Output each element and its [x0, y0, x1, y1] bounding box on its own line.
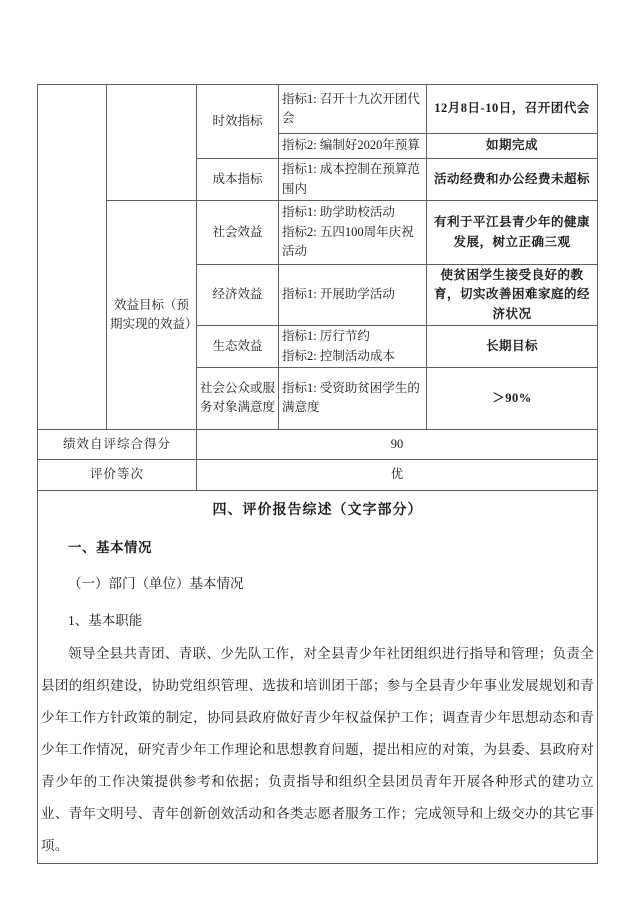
table-row: 四、评价报告综述（文字部分） 一、基本情况 （一）部门（单位）基本情况 1、基本…	[38, 490, 598, 863]
indicator-desc-cell: 指标1: 开展助学活动	[279, 265, 427, 326]
report-subsection-title: （一）部门（单位）基本情况	[41, 574, 594, 595]
left-spanner-cell	[38, 85, 107, 430]
benefit-group-label-cell: 效益目标（预期实现的效益）	[107, 201, 197, 430]
indicator-result-cell: 12月8日-10日，召开团代会	[427, 85, 598, 134]
indicator-desc-line: 指标1: 召开十九次开团代会	[282, 90, 423, 129]
indicator-category-cell: 成本指标	[197, 159, 279, 201]
table-row: 绩效自评综合得分 90	[38, 429, 598, 459]
grade-label-cell: 评价等次	[38, 459, 197, 490]
table-row: 效益目标（预期实现的效益） 社会效益 指标1: 助学助校活动 指标2: 五四10…	[38, 201, 598, 265]
indicator-desc-cell: 指标1: 成本控制在预算范围内	[279, 159, 427, 201]
indicator-desc-line: 指标1: 开展助学活动	[282, 285, 423, 304]
indicator-category-cell: 时效指标	[197, 85, 279, 159]
report-section-title: 一、基本情况	[41, 538, 594, 559]
indicator-desc-cell: 指标1: 厉行节约 指标2: 控制活动成本	[279, 326, 427, 368]
grade-value-cell: 优	[197, 459, 598, 490]
indicator-desc-line: 指标1: 成本控制在预算范围内	[282, 160, 423, 199]
indicator-desc-cell: 指标1: 召开十九次开团代会	[279, 85, 427, 134]
indicator-result-cell: ＞90%	[427, 367, 598, 429]
document-page: { "colors": { "page_background": "#fffff…	[0, 0, 634, 898]
indicator-desc-line: 指标1: 受资助贫困学生的满意度	[282, 379, 423, 418]
table-row: 时效指标 指标1: 召开十九次开团代会 12月8日-10日，召开团代会	[38, 85, 598, 134]
indicator-category-cell: 社会公众或服务对象满意度	[197, 367, 279, 429]
report-subitem-title: 1、基本职能	[41, 611, 594, 632]
indicator-category-cell: 生态效益	[197, 326, 279, 368]
table-row: 评价等次 优	[38, 459, 598, 490]
self-score-value-cell: 90	[197, 429, 598, 459]
indicator-result-cell: 如期完成	[427, 134, 598, 159]
upper-group-empty-cell	[107, 85, 197, 201]
indicator-result-cell: 使贫困学生接受良好的教育，切实改善困难家庭的经济状况	[427, 265, 598, 326]
indicator-result-cell: 有利于平江县青少年的健康发展，树立正确三观	[427, 201, 598, 265]
indicator-desc-cell: 指标1: 受资助贫困学生的满意度	[279, 367, 427, 429]
indicator-result-cell: 活动经费和办公经费未超标	[427, 159, 598, 201]
indicator-category-cell: 经济效益	[197, 265, 279, 326]
indicator-desc-line: 指标2: 编制好2020年预算	[282, 136, 423, 155]
indicator-desc-cell: 指标1: 助学助校活动 指标2: 五四100周年庆祝活动	[279, 201, 427, 265]
indicator-desc-line: 指标1: 厉行节约	[282, 327, 423, 346]
report-summary-cell: 四、评价报告综述（文字部分） 一、基本情况 （一）部门（单位）基本情况 1、基本…	[38, 490, 598, 863]
self-score-label-cell: 绩效自评综合得分	[38, 429, 197, 459]
report-heading: 四、评价报告综述（文字部分）	[41, 500, 594, 522]
indicator-result-cell: 长期目标	[427, 326, 598, 368]
indicator-desc-cell: 指标2: 编制好2020年预算	[279, 134, 427, 159]
report-paragraph: 领导全县共青团、青联、少先队工作，对全县青少年社团组织进行指导和管理；负责全县团…	[41, 638, 594, 862]
indicator-desc-line: 指标2: 控制活动成本	[282, 347, 423, 366]
indicator-category-cell: 社会效益	[197, 201, 279, 265]
indicator-desc-line: 指标2: 五四100周年庆祝活动	[282, 223, 423, 262]
indicator-desc-line: 指标1: 助学助校活动	[282, 203, 423, 222]
performance-evaluation-table: 时效指标 指标1: 召开十九次开团代会 12月8日-10日，召开团代会 指标2:…	[37, 84, 598, 864]
